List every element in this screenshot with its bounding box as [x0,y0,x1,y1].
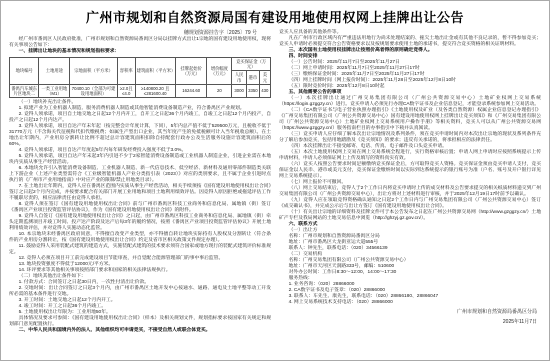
issuing-agency: 广州市规划和自然资源局番禺区分局 [279,309,541,316]
paragraph: 6. 本地块允许引入智能消费设备制造、工业机器人制造、新一代信息技术、低空经济、… [9,166,271,184]
paragraph: 一、挂牌出让地块的基本情况和规划指标要求： [9,49,271,55]
paragraph: 二、中华人民共和国境内外的法人、其他组织均可申请竞买，不接受自然人或联合体竞买。 [9,328,271,334]
table-cell: 3350 [246,84,259,97]
paragraph: 5. 竞得人须承诺，项目自达产年末起3年内引进不少于2家智能消费设备制造或工业机… [9,154,271,166]
table-header-cell: 容积率 [117,58,135,85]
left-column: 穗规划资源挂告字〔2025〕79 号 经广州市番禺区人民政府批准，广州市规划和自… [9,30,271,334]
land-plot-table: 地块编号土地用途宗地面积（平方米）容积率建筑面积（平方米）挂牌起始价（万元）增价… [9,57,271,98]
announcement-document: 广州市规划和自然资源局国有建设用地使用权网上挂牌出让公告 穗规划资源挂告字〔20… [0,0,550,361]
paragraph: 11. 鼓励竞得人采用装配式建筑的建造方式，实施装配式建筑的技术要求须符合国家或… [9,244,271,256]
paragraph: 经广州市番禺区人民政府批准，广州市规划和自然资源局番禺区分局以挂牌方式出让1宗地… [9,37,271,49]
table-header-cell: 宗地面积（平方米） [70,58,118,85]
table-subheader-cell: 港币 [246,71,259,84]
paragraph: 3. 竞得人须承诺，项目自达产年末年起（按完整会计年度计算，下同），5年内总产值… [9,124,271,148]
paragraph: 8. 竞得人须在签订《国有建设用地使用权出让合同》前与广州市番禺区科技工业商务和… [9,202,271,214]
table-cell: 3000 [232,84,247,97]
paragraph: 4. 网上交易系统技术支持电话：（020）28866000 [279,300,541,306]
table-cell: ≥2.0且≤4.0 [117,84,135,97]
intro-block: 经广州市番禺区人民政府批准，广州市规划和自然资源局番禺区分局以挂牌方式出让1宗地… [9,37,271,55]
right-column: 竞买人应具备的其他条件等。凡在广州市行政区域内有严重违法用地行为尚未处理结案的、… [279,30,541,334]
table-cell: ≥140800.20 且≤281600.40 [135,84,175,97]
table-subheader-cell: 美元 [259,71,270,84]
table-cell: 一类工业用地（M1） [39,84,70,97]
paragraph: （二）《CA数字证书与电子营业执照办理指引》《土地使用权及矿业（及各类自然资源）… [279,108,541,132]
left-paragraphs: （一）地块补充出让条件。1. 拟建产业为工业机器人制造、服务消费机器人制造或其他… [9,100,271,334]
table-header-cell: 地块编号 [10,58,39,85]
paragraph: （九）竞得人应在领取竞得资格确认通知之日起2个工作日内与广州交易集团有限公司（广… [279,198,541,210]
table-cell: 16244.60 [175,84,207,97]
paragraph: 2. 交地时间：出让合同签订之日起3个月内，由广州市番禺区土地开发中心按通水、通… [9,286,271,298]
paragraph: 7. 在土地出让年期内，竞得人应在番禺区范围内实质从事生产经营活动，相关手续须按… [9,184,271,202]
table-cell: 70400.10（全部为可建设用地面积） [70,84,118,97]
paragraph: （六）竞买人按照公告要求时间足额缴纳竞买保证金后，方可取得竞买人资格。竞买保证金… [279,162,541,180]
table-cell: 430 [259,84,270,97]
paragraph: （十）有关出让宗地的详细资料及挂牌文件可于本公告发布之日起在广州公共资源交易网（… [279,210,541,222]
paragraph: （一）本次挂牌出让通过广州交易集团有限公司（广州公共资源交易中心）土地矿业权网上… [279,96,541,108]
table-header-cell: 建筑面积（平方米） [135,58,175,85]
right-paragraphs: 竞买人应具备的其他条件等。凡在广州市行政区域内有严重违法用地行为尚未处理结案的、… [279,30,541,306]
paragraph: 具体情况及要求可参阅：《国有建设用地使用权出让合同》（样本）及相关规划文件，规划… [9,316,271,328]
table-header-cell: 土地用途 [39,58,70,85]
paragraph: 9. 竞得人自签订《国有建设用地使用权出让合同》之日起，由广州市番禺区科技工业商… [9,214,271,232]
table-cell: 番禺汽车城东片区地块二 [10,84,39,97]
table-header-deposit: 竞买保证金（万元） [232,58,271,71]
table-subheader-cell: 人民币 [232,71,247,84]
two-column-layout: 穗规划资源挂告字〔2025〕79 号 经广州市番禺区人民政府批准，广州市规划和自… [9,30,541,334]
table-cell: 20 [207,84,232,97]
paragraph: 2. 竞得人须承诺，项目自土地交地之日起12个月内开工，自开工之日起36个月内竣… [9,112,271,124]
paragraph: 10. 本宗地块未经番禺区政府同意，不得擅自改变产业类型，亦不得擅自转让地块实际… [9,232,271,244]
paragraph: （五）本次土地使用权网上交易在网上交易系统全程进行，实行资格审核后置；申请人网上… [279,150,541,162]
table-header-cell: 增价幅度（万元） [207,58,232,85]
issue-date: 2025年11月7日 [279,319,541,326]
table-header-cell: 挂牌起始价（万元） [175,58,207,85]
paragraph: 凡在广州市行政区域内有严重违法用地行为尚未处理结案的、拖欠土地出让金或有其他不良… [279,36,541,48]
paragraph: （八）网上交易结束后，竞得人于2个工作日内将竞买申请时上传的成交材料及公告要求提… [279,186,541,198]
paragraph: （三）竞买申请人应仔细了解本次出让宗地情况及系列条件，须在竞买申请时间内对本次出… [279,132,541,144]
page-title: 广州市规划和自然资源局国有建设用地使用权网上挂牌出让公告 [9,7,541,26]
document-number: 穗规划资源挂告字〔2025〕79 号 [9,30,271,37]
